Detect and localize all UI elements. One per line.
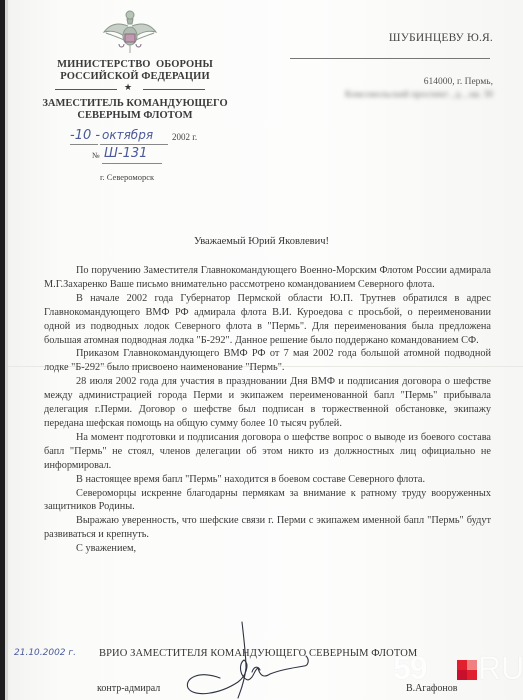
59ru-watermark-logo: 59 RU: [393, 652, 518, 686]
logo-number: 59: [393, 650, 427, 687]
signatory-rank: контр-адмирал: [97, 683, 160, 694]
paragraph-6: В настоящее время бапл "Пермь" находится…: [44, 473, 491, 487]
number-label: №: [92, 151, 100, 160]
date-month-handwritten: октября: [102, 128, 153, 142]
closing: С уважением,: [44, 542, 491, 556]
double-headed-eagle-icon: [100, 6, 160, 54]
paragraph-8: Выражаю уверенность, что шефские связи г…: [44, 514, 491, 542]
sender-city: г. Североморск: [100, 172, 154, 182]
signatory-title: ВРИО ЗАМЕСТИТЕЛЯ КОМАНДУЮЩЕГО СЕВЕРНЫМ Ф…: [99, 648, 417, 659]
logo-square-bottom-left: [457, 670, 467, 680]
letter-number: № Ш-131: [86, 146, 196, 164]
star-icon: ★: [124, 82, 132, 93]
ministry-heading: МИНИСТЕРСТВО ОБОРОНЫ РОССИЙСКОЙ ФЕДЕРАЦИ…: [40, 59, 230, 83]
paragraph-7: Североморцы искренне благодарны пермякам…: [44, 487, 491, 515]
letter-date: -10 - октября 2002 г.: [70, 128, 220, 146]
logo-square-bottom-right: [467, 670, 477, 680]
paragraph-3: Приказом Главнокомандующего ВМФ РФ от 7 …: [44, 347, 491, 375]
number-handwritten: Ш-131: [104, 146, 147, 161]
salutation: Уважаемый Юрий Яковлевич!: [0, 236, 523, 247]
recipient-address-redacted: Комсомольский проспект , д. , кв. 30: [298, 90, 493, 100]
paragraph-2: В начале 2002 года Губернатор Пермской о…: [44, 292, 491, 348]
logo-suffix: RU: [478, 650, 523, 687]
handwritten-receipt-date: 21.10.2002 г.: [14, 648, 76, 658]
letter-body: По поручению Заместителя Главнокомандующ…: [44, 264, 491, 556]
ministry-line-1: МИНИСТЕРСТВО ОБОРОНЫ: [40, 59, 230, 71]
separator-line-right: [143, 89, 205, 90]
number-underline: [102, 163, 162, 164]
date-day-underline: [70, 144, 98, 145]
paragraph-1: По поручению Заместителя Главнокомандующ…: [44, 264, 491, 292]
ministry-line-2: РОССИЙСКОЙ ФЕДЕРАЦИИ: [40, 71, 230, 83]
date-day-handwritten: -10 -: [70, 128, 100, 143]
logo-square-top-right: [467, 660, 477, 670]
deputy-line-2: СЕВЕРНЫМ ФЛОТОМ: [30, 110, 240, 122]
recipient-name: ШУБИНЦЕВУ Ю.Я.: [389, 32, 493, 44]
logo-square-top-left: [457, 660, 467, 670]
deputy-line-1: ЗАМЕСТИТЕЛЬ КОМАНДУЮЩЕГО: [30, 98, 240, 110]
paragraph-5: На момент подготовки и подписания догово…: [44, 431, 491, 473]
recipient-underline: [290, 58, 490, 59]
paragraph-4: 28 июля 2002 года для участия в празднов…: [44, 375, 491, 431]
date-month-underline: [100, 144, 168, 145]
date-year: 2002 г.: [172, 132, 197, 142]
recipient-address-line-1: 614000, г. Пермь,: [424, 77, 493, 87]
heading-separator: ★: [55, 85, 205, 93]
handwritten-signature: [180, 620, 330, 700]
separator-line-left: [55, 89, 117, 90]
sender-position-heading: ЗАМЕСТИТЕЛЬ КОМАНДУЮЩЕГО СЕВЕРНЫМ ФЛОТОМ: [30, 98, 240, 122]
